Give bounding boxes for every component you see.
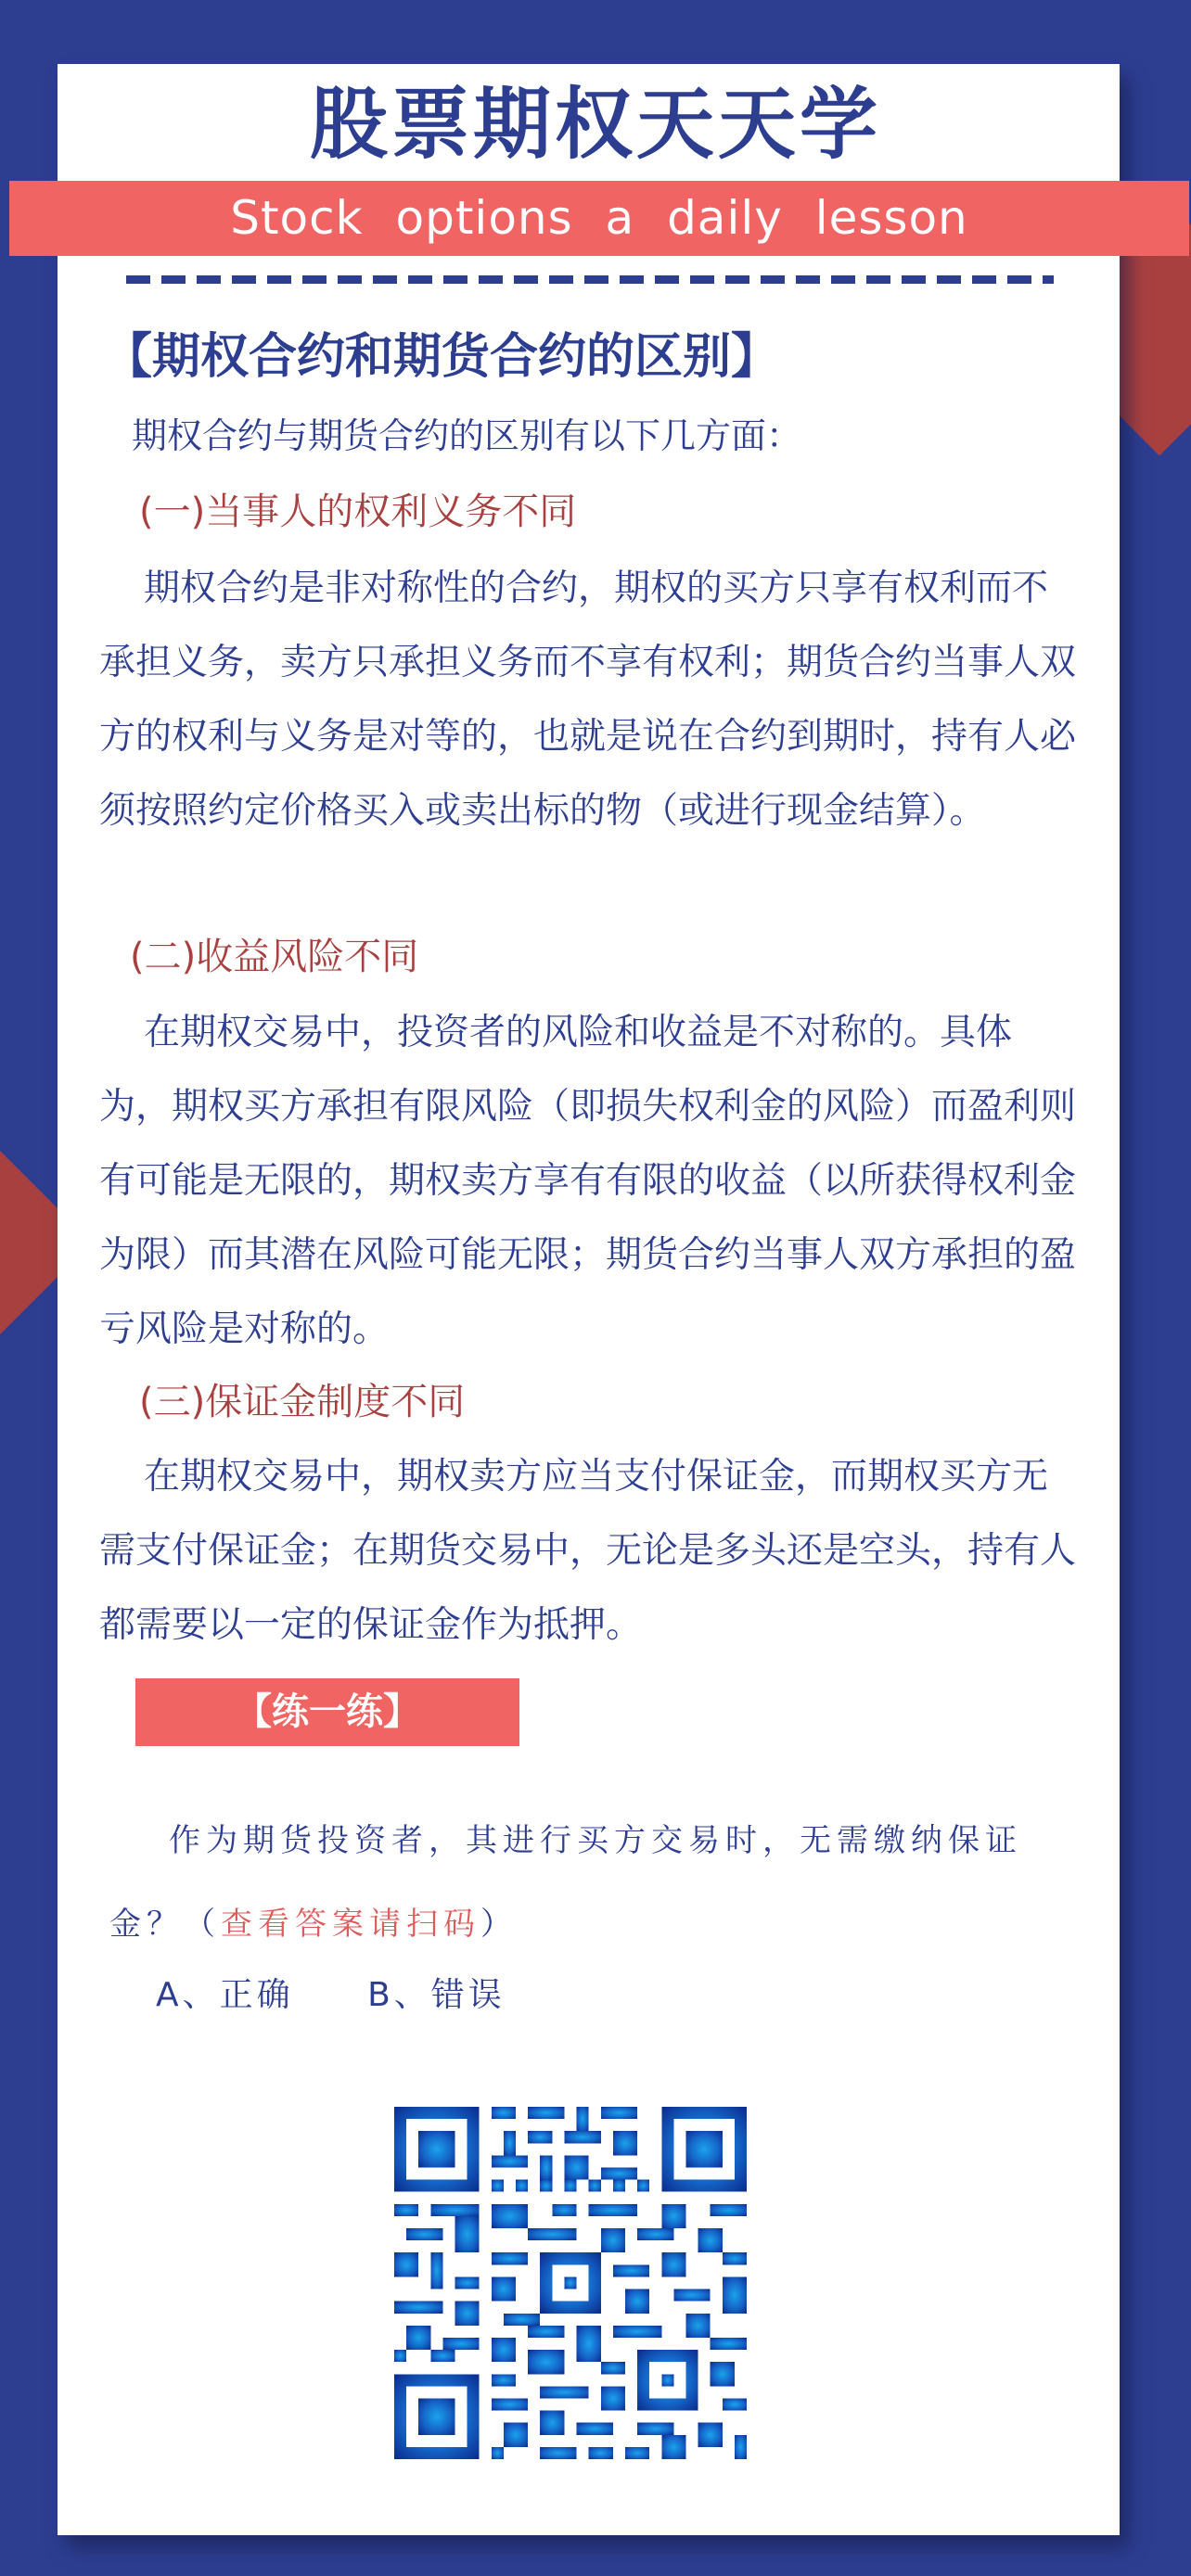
section-1-title: (一)当事人的权利义务不同 (139, 484, 576, 540)
section-3-body: 在期权交易中，期权卖方应当支付保证金，而期权买方无需支付保证金；在期货交易中，无… (99, 1440, 1082, 1663)
section-2-title: (二)收益风险不同 (130, 929, 418, 985)
dashed-divider (126, 275, 1054, 284)
section-2-body: 在期权交易中，投资者的风险和收益是不对称的。具体为，期权买方承担有限风险（即损失… (99, 996, 1082, 1367)
section-1-body: 期权合约是非对称性的合约，期权的买方只享有权利而不承担义务，卖方只承担义务而不享… (99, 552, 1082, 848)
section-1-text: 期权合约是非对称性的合约，期权的买方只享有权利而不承担义务，卖方只承担义务而不享… (99, 552, 1082, 848)
option-b[interactable]: B、错误 (367, 1976, 506, 2014)
lesson-intro: 期权合约与期货合约的区别有以下几方面： (132, 408, 801, 464)
qr-code-icon (394, 2107, 747, 2459)
practice-question: 作为期货投资者，其进行买方交易时，无需缴纳保证金？（查看答案请扫码） (109, 1799, 1083, 1966)
page-title: 股票期权天天学 (0, 78, 1191, 171)
hint-open: （ (184, 1906, 221, 1943)
section-2-text: 在期权交易中，投资者的风险和收益是不对称的。具体为，期权买方承担有限风险（即损失… (99, 996, 1082, 1367)
option-a[interactable]: A、正确 (156, 1976, 294, 2014)
subtitle-text: Stock options a daily lesson (9, 181, 1189, 256)
lesson-heading: 【期权合约和期货合约的区别】 (104, 320, 779, 394)
subtitle-banner: Stock options a daily lesson (9, 181, 1189, 256)
section-3-text: 在期权交易中，期权卖方应当支付保证金，而期权买方无需支付保证金；在期货交易中，无… (99, 1440, 1082, 1663)
answer-options: A、正确 B、错误 (156, 1958, 565, 2033)
section-3-title: (三)保证金制度不同 (139, 1374, 465, 1430)
practice-label: 【练一练】 (135, 1678, 519, 1746)
hint-close: ） (480, 1906, 518, 1943)
practice-label-box: 【练一练】 (135, 1678, 519, 1746)
answer-hint: 查看答案请扫码 (221, 1906, 480, 1943)
